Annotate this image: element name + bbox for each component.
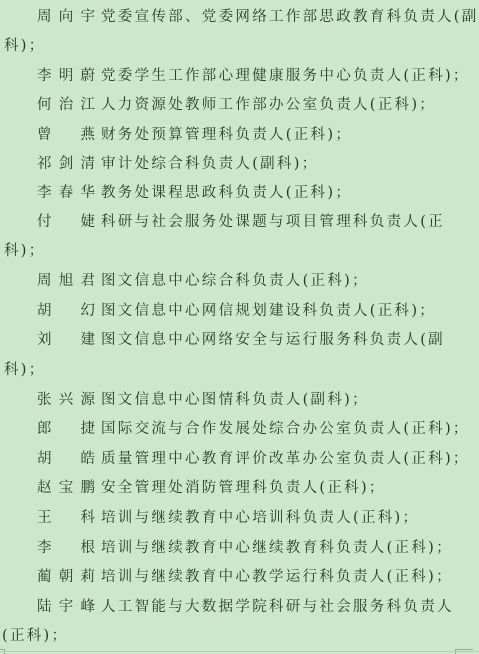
person-name: 曾 燕	[37, 120, 95, 150]
position-title: 审计处综合科负责人(副科)；	[101, 149, 319, 179]
document-page: 周向宇 党委宣传部、党委网络工作部思政教育科负责人(副 科)； 李明蔚 党委学生…	[0, 0, 479, 654]
position-title: 培训与继续教育中心培训科负责人(正科)；	[101, 503, 419, 533]
position-title: 培训与继续教育中心继续教育科负责人(正科)；	[101, 533, 453, 563]
position-title: 图文信息中心图情科负责人(副科)；	[101, 385, 369, 415]
position-title: 安全管理处消防管理科负责人(正科)；	[101, 473, 386, 503]
person-name: 周向宇	[37, 2, 95, 32]
position-title: 图文信息中心网信规划建设科负责人(正科)；	[101, 296, 436, 326]
page-edge	[0, 651, 479, 652]
position-title-continued: 科)；	[4, 236, 46, 266]
person-name: 李 根	[37, 533, 95, 563]
person-name: 胡 幻	[37, 296, 95, 326]
person-name: 何治江	[37, 90, 95, 120]
person-name: 胡 皓	[37, 444, 95, 474]
position-title: 教务处课程思政科负责人(正科)；	[101, 178, 352, 208]
position-title: 培训与继续教育中心教学运行科负责人(正科)；	[101, 562, 453, 592]
person-name: 李明蔚	[37, 61, 95, 91]
position-title: 图文信息中心网络安全与运行服务科负责人(副	[101, 325, 445, 355]
position-title-continued: 科)；	[4, 31, 46, 61]
position-title: 党委宣传部、党委网络工作部思政教育科负责人(副	[101, 2, 479, 32]
position-title-continued: 科)；	[4, 355, 46, 385]
person-name: 祁剑清	[37, 149, 95, 179]
person-name: 赵宝鹏	[37, 473, 95, 503]
position-title: 人工智能与大数据学院科研与社会服务科负责人	[101, 592, 454, 622]
position-title: 党委学生工作部心理健康服务中心负责人(正科)；	[101, 61, 470, 91]
position-title: 质量管理中心教育评价改革办公室负责人(正科)；	[101, 444, 470, 474]
position-title: 财务处预算管理科负责人(正科)；	[101, 120, 352, 150]
person-name: 蔺朝莉	[37, 562, 95, 592]
person-name: 张兴源	[37, 385, 95, 415]
position-title: 人力资源处教师工作部办公室负责人(正科)；	[101, 90, 436, 120]
position-title: 国际交流与合作发展处综合办公室负责人(正科)；	[101, 414, 470, 444]
position-title-continued: (正科)；	[2, 621, 68, 651]
person-name: 郎 捷	[37, 414, 95, 444]
position-title: 图文信息中心综合科负责人(正科)；	[101, 266, 369, 296]
person-name: 付 婕	[37, 207, 95, 237]
person-name: 刘 建	[37, 325, 95, 355]
person-name: 王 科	[37, 503, 95, 533]
position-title: 科研与社会服务处课题与项目管理科负责人(正	[101, 207, 445, 237]
person-name: 李春华	[37, 178, 95, 208]
person-name: 周旭君	[37, 266, 95, 296]
person-name: 陆宇峰	[37, 592, 95, 622]
